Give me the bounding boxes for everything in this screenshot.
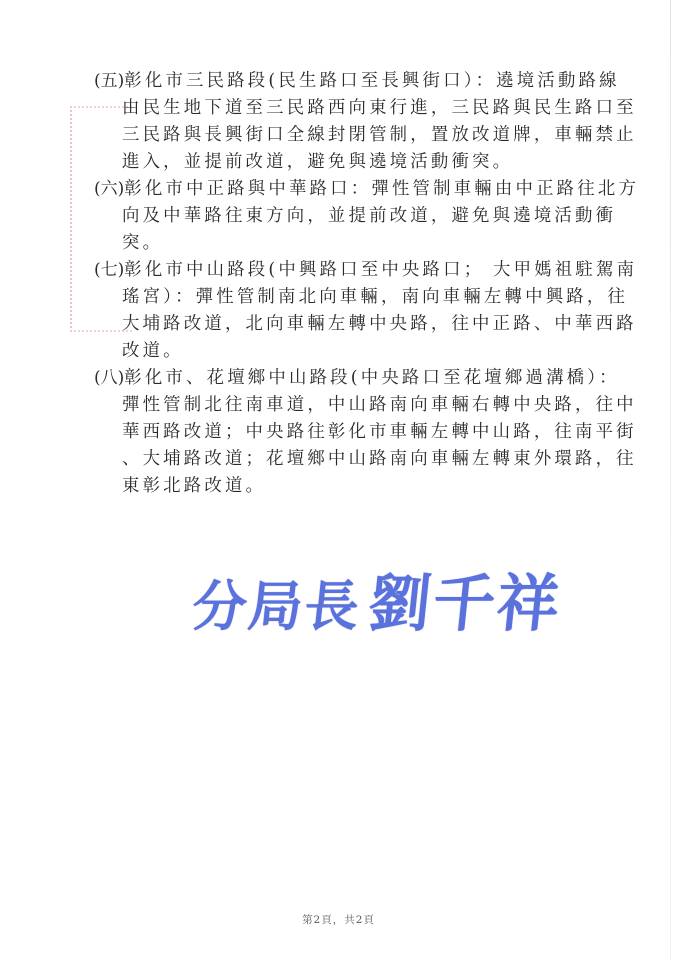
item-line: 瑤宮）：彈性管制南北向車輛，南向車輛左轉中興路，往 [94,284,619,311]
list-item: (六)彰化市中正路與中華路口：彈性管制車輛由中正路往北方 向及中華路往東方向，並… [94,176,619,257]
item-line: 華西路改道；中央路往彰化市車輛左轉中山路，往南平街 [94,419,619,446]
item-line: 由民生地下道至三民路西向東行進，三民路與民生路口至 [94,95,619,122]
list-item: (七)彰化市中山路段(中興路口至中央路口； 大甲媽祖駐駕南 瑤宮）：彈性管制南北… [94,257,619,365]
item-line: 東彰北路改道。 [94,473,619,500]
list-item: (五)彰化市三民路段(民生路口至長興街口）：遶境活動路線 由民生地下道至三民路西… [94,68,619,176]
item-line: 向及中華路往東方向，並提前改道，避免與遶境活動衝 [94,203,619,230]
item-line: 彰化市中山路段(中興路口至中央路口； 大甲媽祖駐駕南 [124,260,637,280]
item-marker: (七) [94,260,124,280]
list-item: (八)彰化市、花壇鄉中山路段(中央路口至花壇鄉過溝橋）： 彈性管制北往南車道，中… [94,365,619,500]
item-line: 改道。 [94,338,619,365]
item-line: 彰化市中正路與中華路口：彈性管制車輛由中正路往北方 [124,179,639,199]
scan-edge-line [670,0,671,960]
item-marker: (六) [94,179,124,199]
page-footer: 第2頁，共2頁 [0,912,677,927]
item-line: 大埔路改道，北向車輛左轉中央路，往中正路、中華西路 [94,311,619,338]
signature-stamp: 分局長劉千祥 [189,568,487,640]
item-line: 三民路與長興街口全線封閉管制，置放改道牌，車輛禁止 [94,122,619,149]
item-line: 進入，並提前改道，避免與遶境活動衝突。 [94,149,619,176]
item-line: 彰化市三民路段(民生路口至長興街口）：遶境活動路線 [124,71,619,91]
item-line: 彰化市、花壇鄉中山路段(中央路口至花壇鄉過溝橋）： [124,368,619,388]
item-line: 、大埔路改道；花壇鄉中山路南向車輛左轉東外環路，往 [94,446,619,473]
item-marker: (八) [94,368,124,388]
item-line: 彈性管制北往南車道，中山路南向車輛右轉中央路，往中 [94,392,619,419]
traffic-control-list: (五)彰化市三民路段(民生路口至長興街口）：遶境活動路線 由民生地下道至三民路西… [94,68,619,500]
signature-name: 劉千祥 [365,567,565,640]
document-page: (五)彰化市三民路段(民生路口至長興街口）：遶境活動路線 由民生地下道至三民路西… [0,0,677,960]
item-marker: (五) [94,71,124,91]
item-line: 突。 [94,230,619,257]
signature-title: 分局長 [189,574,364,638]
